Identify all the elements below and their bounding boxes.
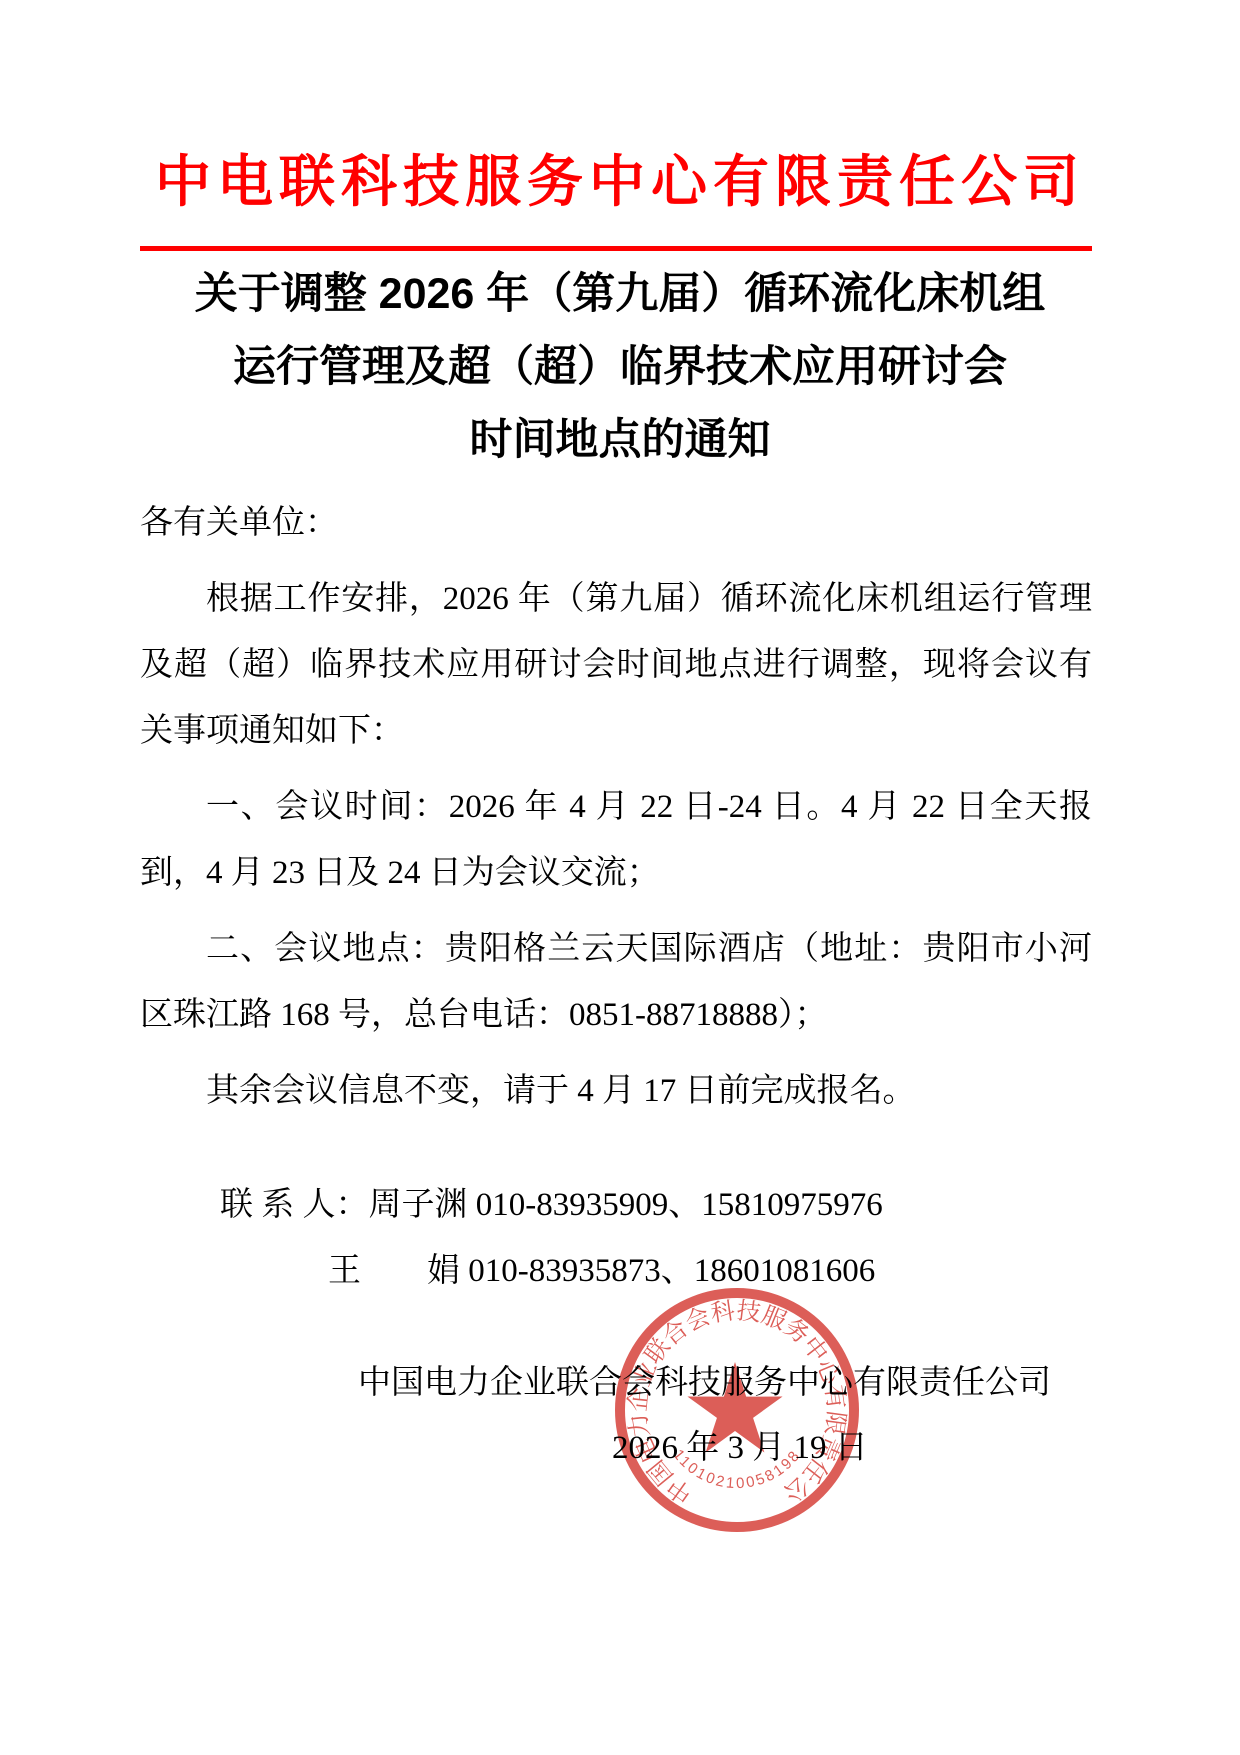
company-letterhead: 中电联科技服务中心有限责任公司	[0, 142, 1240, 222]
paragraph-meeting-time: 一、会议时间：2026 年 4 月 22 日-24 日。4 月 22 日全天报到…	[140, 774, 1092, 906]
document-title-line-1: 关于调整 2026 年（第九届）循环流化床机组	[120, 258, 1120, 331]
document-title-line-3: 时间地点的通知	[120, 404, 1120, 477]
document-body: 各有关单位： 根据工作安排，2026 年（第九届）循环流化床机组运行管理及超（超…	[140, 490, 1092, 1124]
seal-star-icon	[687, 1362, 782, 1452]
paragraph-registration-deadline: 其余会议信息不变，请于 4 月 17 日前完成报名。	[140, 1058, 1092, 1124]
official-seal-stamp: 中国电力企业联合会科技服务中心有限责任公司 11010210058198	[612, 1285, 862, 1535]
paragraph-meeting-location: 二、会议地点：贵阳格兰云天国际酒店（地址：贵阳市小河区珠江路 168 号，总台电…	[140, 916, 1092, 1048]
salutation: 各有关单位：	[140, 490, 1092, 556]
letterhead-divider-line	[140, 246, 1092, 251]
document-title: 关于调整 2026 年（第九届）循环流化床机组 运行管理及超（超）临界技术应用研…	[120, 258, 1120, 477]
contact-line-zhouziyuan: 联 系 人：周子渊 010-83935909、15810975976	[140, 1172, 1092, 1238]
document-title-line-2: 运行管理及超（超）临界技术应用研讨会	[120, 331, 1120, 404]
paragraph-background: 根据工作安排，2026 年（第九届）循环流化床机组运行管理及超（超）临界技术应用…	[140, 566, 1092, 764]
